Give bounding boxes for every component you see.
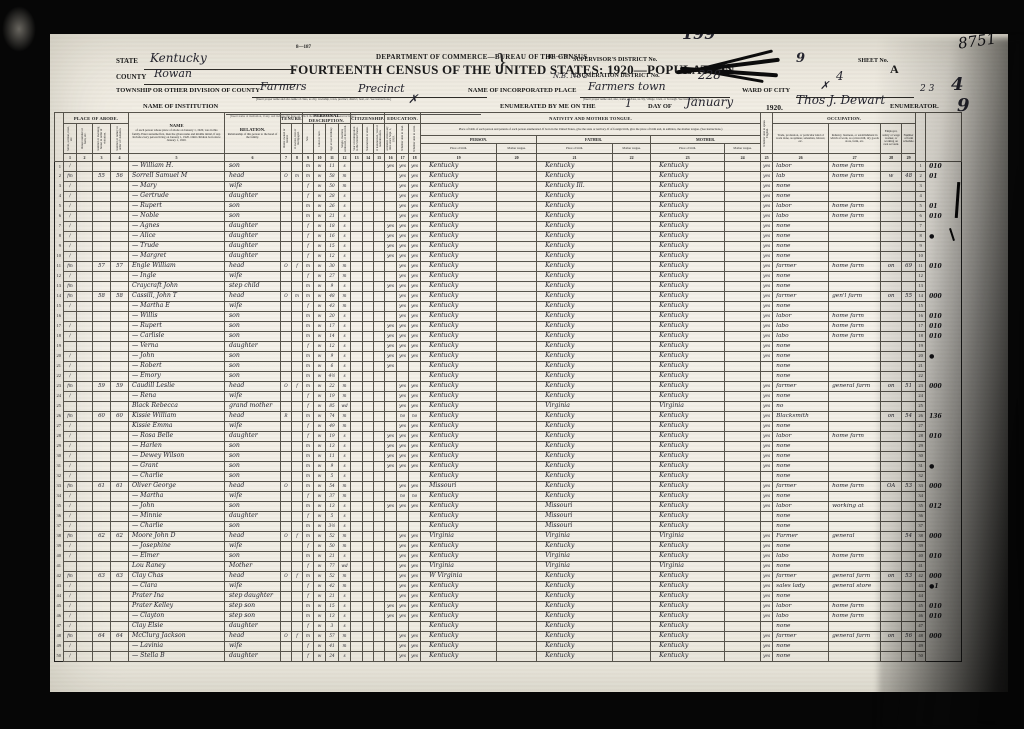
cell: [93, 622, 111, 632]
cell: [77, 352, 93, 362]
cell: Kentucky: [421, 202, 497, 212]
cell: [374, 512, 385, 522]
cell: yes: [397, 312, 409, 322]
cell: m: [339, 182, 351, 192]
cell: [725, 422, 761, 432]
cell: yes: [397, 452, 409, 462]
cell: [374, 592, 385, 602]
cell: w: [314, 332, 326, 342]
cell: s: [339, 322, 351, 332]
cell: [497, 502, 537, 512]
cell: Kentucky: [537, 572, 613, 582]
cell: Kentucky: [537, 432, 613, 442]
column-header: NAMEof each person whose place of abode …: [129, 113, 225, 154]
cell: 50: [326, 182, 339, 192]
cell: Missouri: [537, 502, 613, 512]
cell: Kentucky: [537, 422, 613, 432]
cell: [292, 362, 303, 372]
cell: labo: [773, 552, 829, 562]
cell: Kentucky: [421, 342, 497, 352]
cell: [292, 652, 303, 662]
cell: Kentucky: [421, 432, 497, 442]
cell: Kentucky: [421, 292, 497, 302]
cell: Kentucky: [421, 462, 497, 472]
cell: [363, 442, 374, 452]
cell: [829, 522, 881, 532]
cell: [497, 562, 537, 572]
cell: yes: [761, 192, 773, 202]
cell: yes: [385, 612, 397, 622]
cell: [281, 612, 292, 622]
cell: [111, 622, 129, 632]
cell: Kentucky: [421, 262, 497, 272]
cell: farmer: [773, 572, 829, 582]
cell: [363, 212, 374, 222]
cell: [64, 342, 77, 352]
cell: [351, 592, 363, 602]
cell: w: [314, 322, 326, 332]
cell: [93, 242, 111, 252]
cell: Blacksmith: [773, 412, 829, 422]
supervisor-district-value: 9: [796, 51, 805, 66]
cell: [385, 422, 397, 432]
column-header: Naturalized or alien.: [363, 124, 374, 154]
cell: s: [339, 222, 351, 232]
cell: /: [64, 502, 77, 512]
cell: none: [773, 642, 829, 652]
cell: yes: [761, 282, 773, 292]
cell: w: [314, 262, 326, 272]
cell: [77, 292, 93, 302]
cell: yes: [409, 252, 421, 262]
cell: f: [303, 182, 314, 192]
column-header: EDUCATION.: [385, 113, 421, 124]
cell: [613, 512, 651, 522]
cell: Kentucky: [537, 292, 613, 302]
cell: [725, 242, 761, 252]
cell: Kentucky: [421, 542, 497, 552]
cell: [725, 622, 761, 632]
cell: [363, 292, 374, 302]
cell: [351, 622, 363, 632]
cell: m: [303, 332, 314, 342]
cell: [385, 572, 397, 582]
cell: [351, 462, 363, 472]
cell: Kentucky: [651, 522, 725, 532]
cell: Kentucky: [537, 382, 613, 392]
cell: [374, 262, 385, 272]
cell: [725, 192, 761, 202]
cell: [613, 432, 651, 442]
cell: yes: [385, 452, 397, 462]
cell: wife: [225, 182, 281, 192]
cell: f: [303, 192, 314, 202]
cell: yes: [397, 252, 409, 262]
cell: 58: [111, 292, 129, 302]
cell: /: [64, 212, 77, 222]
cell: Kentucky: [537, 592, 613, 602]
cell: [77, 412, 93, 422]
cell: /: [64, 392, 77, 402]
cell: [725, 282, 761, 292]
cell: O: [281, 172, 292, 182]
cell: son: [225, 522, 281, 532]
cell: 74: [326, 412, 339, 422]
cell: [385, 492, 397, 502]
census-row: 35/— Johnsonmw13syesyesyesKentuckyMissou…: [55, 502, 962, 512]
institution-value: ✗: [408, 92, 418, 106]
cell: w: [314, 482, 326, 492]
cell: [111, 332, 129, 342]
cell: — Agnes: [129, 222, 225, 232]
cell: s: [339, 452, 351, 462]
cell: [829, 422, 881, 432]
cell: [363, 522, 374, 532]
cell: Kentucky: [537, 192, 613, 202]
cell: [374, 602, 385, 612]
cell: [725, 212, 761, 222]
cell: 16: [326, 232, 339, 242]
cell: yes: [385, 162, 397, 172]
cell: yes: [397, 342, 409, 352]
cell: Moore John D: [129, 532, 225, 542]
cell: [725, 432, 761, 442]
cell: [77, 372, 93, 382]
cell: [111, 432, 129, 442]
cell: Kentucky: [651, 432, 725, 442]
cell: — Harlen: [129, 442, 225, 452]
cell: w: [314, 612, 326, 622]
cell: none: [773, 472, 829, 482]
cell: [613, 212, 651, 222]
cell: [613, 232, 651, 242]
column-header: 18: [409, 154, 421, 162]
cell: Kentucky: [651, 452, 725, 462]
cell: none: [773, 652, 829, 662]
cell: — Trude: [129, 242, 225, 252]
cell: [363, 502, 374, 512]
cell: yes: [409, 552, 421, 562]
cell: [292, 192, 303, 202]
cell: w: [314, 192, 326, 202]
cell: [374, 612, 385, 622]
cell: farmer: [773, 482, 829, 492]
line-number-left: 9: [55, 242, 64, 252]
cell: Kentucky: [421, 182, 497, 192]
cell: m: [303, 282, 314, 292]
township-label: TOWNSHIP OR OTHER DIVISION OF COUNTY: [116, 87, 260, 94]
cell: 3½: [326, 522, 339, 532]
column-header: Mother tongue.: [613, 144, 651, 154]
cell: [281, 492, 292, 502]
cell: [281, 342, 292, 352]
cell: yes: [397, 162, 409, 172]
cell: /: [64, 542, 77, 552]
line-number-left: 26: [55, 412, 64, 422]
cell: [725, 332, 761, 342]
cell: fm: [64, 482, 77, 492]
cell: [351, 282, 363, 292]
cell: yes: [397, 182, 409, 192]
cell: [77, 172, 93, 182]
census-row: 7/— Agnesdaughterfw18syesyesyesKentuckyK…: [55, 222, 962, 232]
cell: [351, 302, 363, 312]
cell: Kentucky: [421, 442, 497, 452]
column-header: Year of immigration to the United States…: [351, 124, 363, 154]
cell: yes: [761, 652, 773, 662]
cell: w: [314, 412, 326, 422]
cell: Kentucky: [537, 312, 613, 322]
cell: w: [314, 312, 326, 322]
cell: [351, 412, 363, 422]
cell: [93, 542, 111, 552]
cell: f: [303, 392, 314, 402]
cell: yes: [761, 302, 773, 312]
cell: Kentucky: [651, 312, 725, 322]
cell: [281, 202, 292, 212]
cell: [497, 222, 537, 232]
cell: [725, 502, 761, 512]
cell: yes: [409, 422, 421, 432]
column-header: 17: [397, 154, 409, 162]
cell: [829, 402, 881, 412]
cell: — Stella B: [129, 652, 225, 662]
cell: Sorrell Samuel M: [129, 172, 225, 182]
cell: [497, 402, 537, 412]
census-row: 18/— Carlislesonmw14syesyesyesKentuckyKe…: [55, 332, 962, 342]
cell: m: [339, 382, 351, 392]
cell: yes: [385, 352, 397, 362]
cell: yes: [397, 562, 409, 572]
cell: [77, 332, 93, 342]
cell: step daughter: [225, 592, 281, 602]
cell: 5: [326, 512, 339, 522]
cell: [613, 642, 651, 652]
cell: Kentucky: [421, 642, 497, 652]
cell: son: [225, 322, 281, 332]
cell: Kentucky: [651, 632, 725, 642]
cell: [351, 172, 363, 182]
cell: /: [64, 592, 77, 602]
cell: [281, 582, 292, 592]
cell: s: [339, 332, 351, 342]
cell: s: [339, 512, 351, 522]
cell: [292, 432, 303, 442]
cell: Caudill Leslie: [129, 382, 225, 392]
cell: [351, 372, 363, 382]
cell: [374, 172, 385, 182]
cell: [761, 512, 773, 522]
cell: w: [314, 382, 326, 392]
cell: [77, 282, 93, 292]
cell: [385, 632, 397, 642]
census-row: 26fm6060Kissie WilliamheadRmw74mnonoKent…: [55, 412, 962, 422]
cell: [497, 642, 537, 652]
cell: [77, 622, 93, 632]
scan-shadow-right: [878, 38, 1024, 729]
census-row: 6/— Noblesonmw21syesyesKentuckyKentuckyK…: [55, 212, 962, 222]
cell: [111, 302, 129, 312]
cell: 9: [326, 352, 339, 362]
cell: f: [303, 542, 314, 552]
cell: [385, 652, 397, 662]
cell: [93, 162, 111, 172]
cell: [725, 512, 761, 522]
cell: [363, 612, 374, 622]
cell: f: [303, 222, 314, 232]
census-row: 34/— Marthawifefw37mnonoKentuckyKentucky…: [55, 492, 962, 502]
cell: 61: [111, 482, 129, 492]
cell: [93, 422, 111, 432]
cell: fm: [64, 412, 77, 422]
census-row: 29/— Harlensonmw13syesyesyesKentuckyKent…: [55, 442, 962, 452]
cell: [385, 272, 397, 282]
census-row: 17/— Rupertsonmw17syesyesyesKentuckyKent…: [55, 322, 962, 332]
cell: /: [64, 362, 77, 372]
cell: labo: [773, 212, 829, 222]
cell: [497, 292, 537, 302]
cell: [385, 592, 397, 602]
cell: fm: [64, 382, 77, 392]
cell: m: [303, 532, 314, 542]
cell: yes: [409, 502, 421, 512]
cell: [292, 332, 303, 342]
column-header: Color or race.: [314, 124, 326, 154]
cell: [409, 522, 421, 532]
cell: yes: [761, 602, 773, 612]
cell: [725, 172, 761, 182]
line-number-left: 46: [55, 612, 64, 622]
cell: [725, 392, 761, 402]
cell: Kentucky: [421, 422, 497, 432]
form-number: 8—187: [296, 45, 311, 50]
cell: [497, 272, 537, 282]
line-number-left: 5: [55, 202, 64, 212]
cell: [725, 222, 761, 232]
cell: yes: [409, 232, 421, 242]
cell: Kentucky: [651, 302, 725, 312]
cell: 58: [93, 292, 111, 302]
cell: [77, 222, 93, 232]
cell: f: [303, 432, 314, 442]
cell: [613, 332, 651, 342]
cell: [351, 332, 363, 342]
cell: yes: [409, 432, 421, 442]
cell: [397, 472, 409, 482]
day-of-label: DAY OF: [648, 103, 672, 110]
cell: [281, 422, 292, 432]
incorporated-place-label: NAME OF INCORPORATED PLACE: [468, 87, 577, 94]
cell: yes: [385, 242, 397, 252]
cell: Kentucky: [537, 362, 613, 372]
cell: son: [225, 332, 281, 342]
column-header: 23: [651, 154, 725, 162]
cell: /: [64, 202, 77, 212]
cell: O: [281, 382, 292, 392]
cell: [497, 532, 537, 542]
cell: s: [339, 252, 351, 262]
cell: m: [339, 482, 351, 492]
cell: [725, 462, 761, 472]
cell: [725, 492, 761, 502]
cell: [292, 612, 303, 622]
cell: — Dewey Wilson: [129, 452, 225, 462]
cell: [374, 562, 385, 572]
cell: f: [303, 582, 314, 592]
cell: home farm: [829, 602, 881, 612]
line-number-left: 34: [55, 492, 64, 502]
cell: w: [314, 452, 326, 462]
cell: [385, 622, 397, 632]
cell: labor: [773, 312, 829, 322]
line-number-left: 43: [55, 582, 64, 592]
cell: [292, 272, 303, 282]
cell: [829, 412, 881, 422]
cell: yes: [761, 312, 773, 322]
cell: yes: [409, 192, 421, 202]
cell: 21: [326, 212, 339, 222]
cell: [829, 652, 881, 662]
cell: labor: [773, 162, 829, 172]
cell: m: [303, 482, 314, 492]
cell: [111, 182, 129, 192]
cell: Cassill, John T: [129, 292, 225, 302]
cell: [77, 312, 93, 322]
cell: [385, 192, 397, 202]
cell: [613, 312, 651, 322]
line-number-left: 3: [55, 182, 64, 192]
cell: no: [409, 412, 421, 422]
cell: [77, 262, 93, 272]
cell: [385, 522, 397, 532]
cell: wife: [225, 492, 281, 502]
cell: [613, 282, 651, 292]
cell: — Elmer: [129, 552, 225, 562]
cell: [351, 262, 363, 272]
census-title: FOURTEENTH CENSUS OF THE UNITED STATES: …: [290, 62, 735, 78]
cell: [77, 382, 93, 392]
cell: s: [339, 432, 351, 442]
cell: labo: [773, 332, 829, 342]
cell: yes: [409, 282, 421, 292]
cell: Kentucky: [537, 322, 613, 332]
cell: [829, 392, 881, 402]
cell: /: [64, 442, 77, 452]
cell: daughter: [225, 342, 281, 352]
cell: [613, 442, 651, 452]
cell: wife: [225, 302, 281, 312]
cell: [292, 162, 303, 172]
cell: [363, 172, 374, 182]
cell: yes: [397, 592, 409, 602]
cell: m: [303, 572, 314, 582]
cell: [829, 472, 881, 482]
cell: Kentucky: [651, 502, 725, 512]
cell: [77, 442, 93, 452]
column-header: Street, avenue, road, etc.: [64, 124, 77, 154]
cell: /: [64, 602, 77, 612]
cell: [497, 552, 537, 562]
cell: yes: [761, 562, 773, 572]
line-number-left: 41: [55, 562, 64, 572]
cell: [281, 362, 292, 372]
cell: Kentucky: [651, 602, 725, 612]
cell: yes: [761, 332, 773, 342]
cell: Kentucky: [537, 392, 613, 402]
cell: Kentucky: [421, 222, 497, 232]
cell: 58: [326, 172, 339, 182]
cell: [363, 602, 374, 612]
